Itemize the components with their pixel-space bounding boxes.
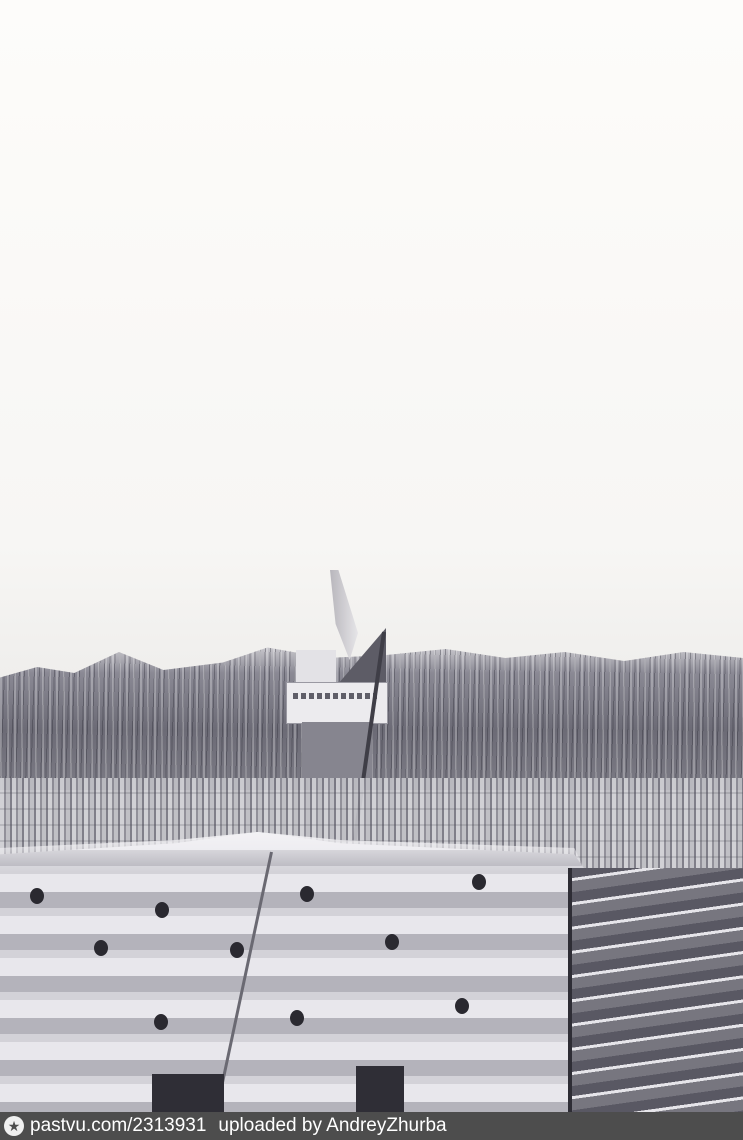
wall-opening [152,1074,224,1112]
photo [0,0,743,1112]
wall-hole [155,902,169,918]
source-link[interactable]: pastvu.com/2313931 [30,1115,206,1137]
wall-hole [290,1010,304,1026]
star-icon: ★ [4,1116,24,1136]
wall-hole [472,874,486,890]
wall-hole [30,888,44,904]
monument-blade [330,570,358,660]
wall-hole [385,934,399,950]
wall-hole [154,1014,168,1030]
brick-wall [0,832,586,1112]
uploader-text: uploaded by AndreyZhurba [218,1115,446,1137]
wall-hole [230,942,244,958]
wall-hole [300,886,314,902]
wall-hole [455,998,469,1014]
wall-opening [356,1066,404,1112]
side-wall [572,868,743,1112]
wall-hole [94,940,108,956]
caption-bar: ★ pastvu.com/2313931 uploaded by AndreyZ… [0,1112,743,1140]
